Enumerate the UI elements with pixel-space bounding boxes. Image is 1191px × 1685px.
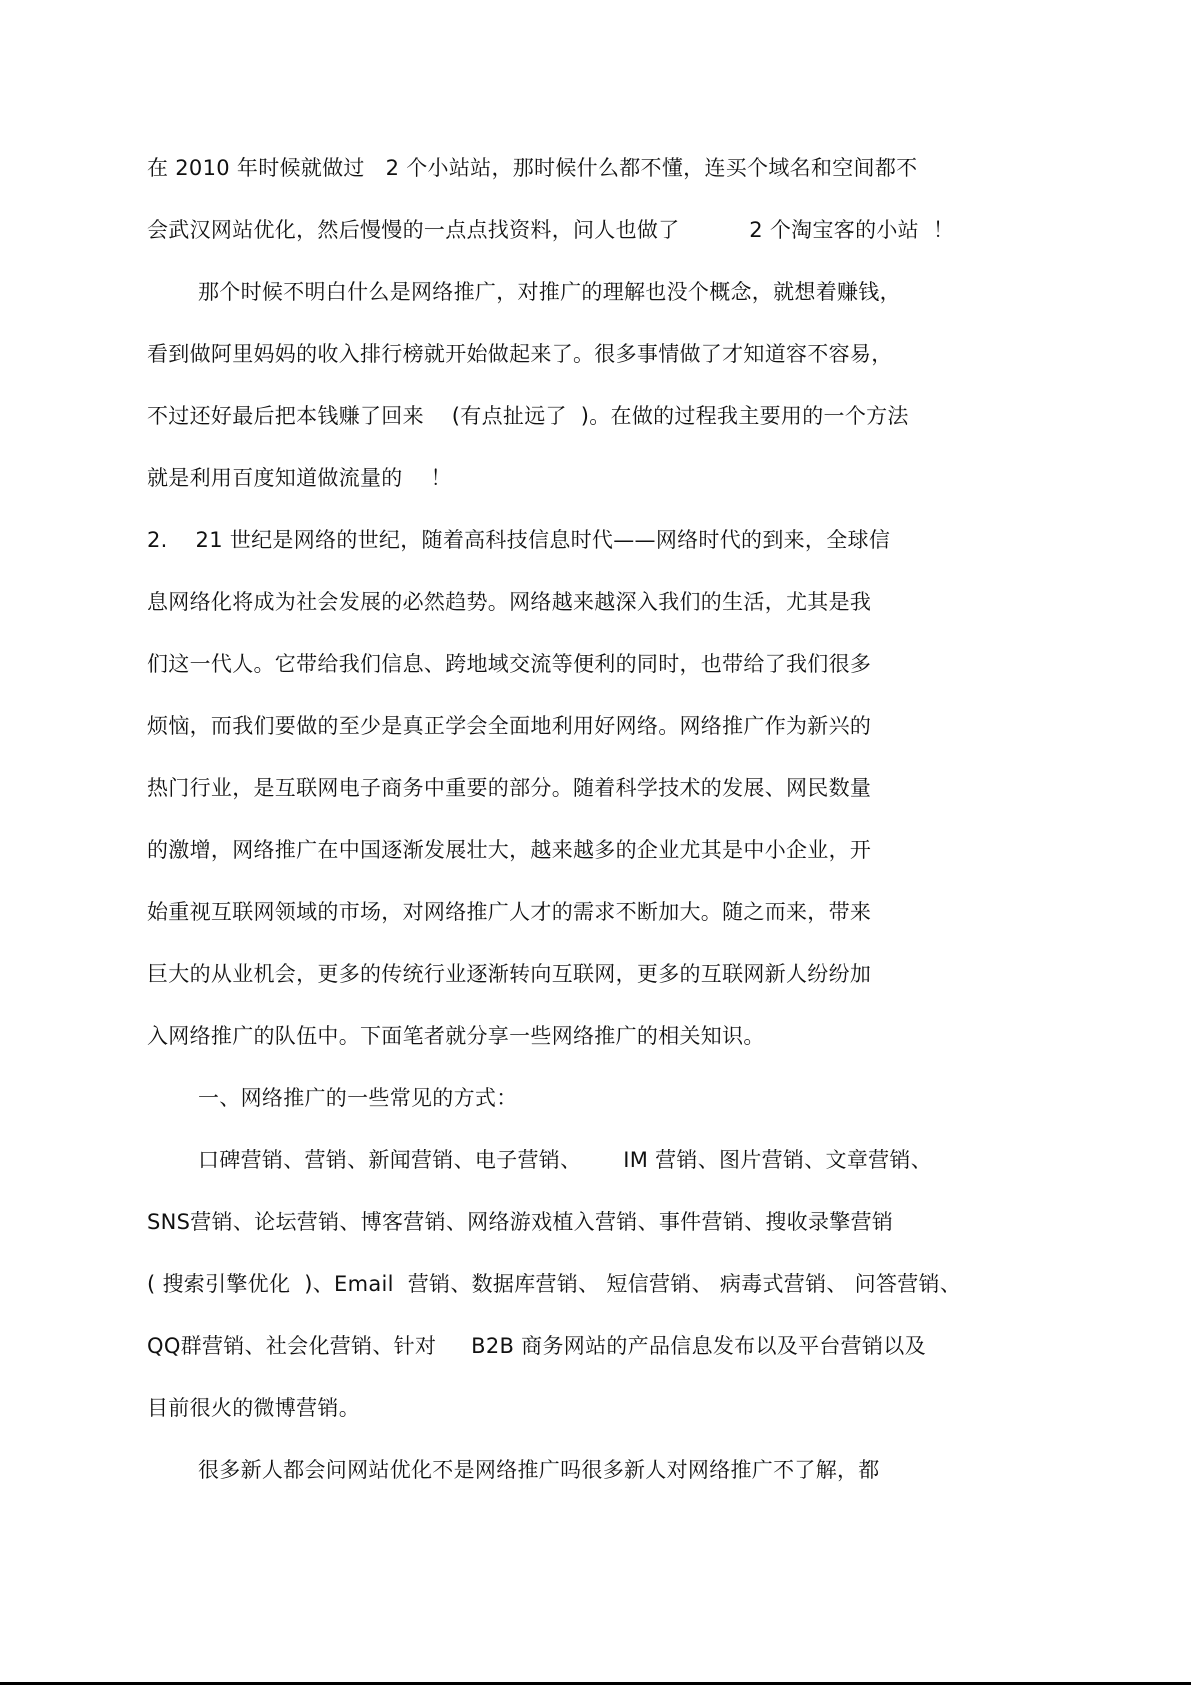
text-line-14: 巨大的从业机会，更多的传统行业逐渐转向互联网，更多的互联网新人纷纷加 xyxy=(147,959,871,989)
text-line-13: 始重视互联网领域的市场，对网络推广人才的需求不断加大。随之而来，带来 xyxy=(147,897,871,927)
document-page: 在 2010 年时候就做过 2 个小站站，那时候什么都不懂，连买个域名和空间都不… xyxy=(0,0,1191,1685)
text-line-9: 们这一代人。它带给我们信息、跨地域交流等便利的同时，也带给了我们很多 xyxy=(147,649,871,679)
text-line-8: 息网络化将成为社会发展的必然趋势。网络越来越深入我们的生活，尤其是我 xyxy=(147,587,871,617)
text-line-12: 的激增，网络推广在中国逐渐发展壮大，越来越多的企业尤其是中小企业，开 xyxy=(147,835,871,865)
text-line-10: 烦恼，而我们要做的至少是真正学会全面地利用好网络。网络推广作为新兴的 xyxy=(147,711,871,741)
text-line-7: 2. 21 世纪是网络的世纪，随着高科技信息时代——网络时代的到来，全球信 xyxy=(147,525,890,555)
text-line-19: ( 搜索引擎优化 )、Email 营销、数据库营销、 短信营销、 病毒式营销、 … xyxy=(147,1269,961,1299)
text-line-17: 口碑营销、营销、新闻营销、电子营销、 IM 营销、图片营销、文章营销、 xyxy=(198,1145,932,1175)
text-line-20: QQ群营销、社会化营销、针对 B2B 商务网站的产品信息发布以及平台营销以及 xyxy=(147,1331,926,1361)
text-line-2: 会武汉网站优化，然后慢慢的一点点找资料，问人也做了 2 个淘宝客的小站 ！ xyxy=(147,215,954,245)
text-line-3: 那个时候不明白什么是网络推广，对推广的理解也没个概念，就想着赚钱， xyxy=(198,277,901,307)
text-line-15: 入网络推广的队伍中。下面笔者就分享一些网络推广的相关知识。 xyxy=(147,1021,765,1051)
text-line-22: 很多新人都会问网站优化不是网络推广吗很多新人对网络推广不了解，都 xyxy=(198,1455,880,1485)
text-line-6: 就是利用百度知道做流量的 ！ xyxy=(147,463,452,493)
text-line-1: 在 2010 年时候就做过 2 个小站站，那时候什么都不懂，连买个域名和空间都不 xyxy=(147,153,917,183)
text-line-18: SNS营销、论坛营销、博客营销、网络游戏植入营销、事件营销、搜收录擎营销 xyxy=(147,1207,893,1237)
text-line-4: 看到做阿里妈妈的收入排行榜就开始做起来了。很多事情做了才知道容不容易， xyxy=(147,339,893,369)
text-line-5: 不过还好最后把本钱赚了回来 (有点扯远了 )。在做的过程我主要用的一个方法 xyxy=(147,401,909,431)
text-line-21: 目前很火的微博营销。 xyxy=(147,1393,360,1423)
text-line-11: 热门行业，是互联网电子商务中重要的部分。随着科学技术的发展、网民数量 xyxy=(147,773,871,803)
section-heading: 一、网络推广的一些常见的方式： xyxy=(198,1083,518,1113)
